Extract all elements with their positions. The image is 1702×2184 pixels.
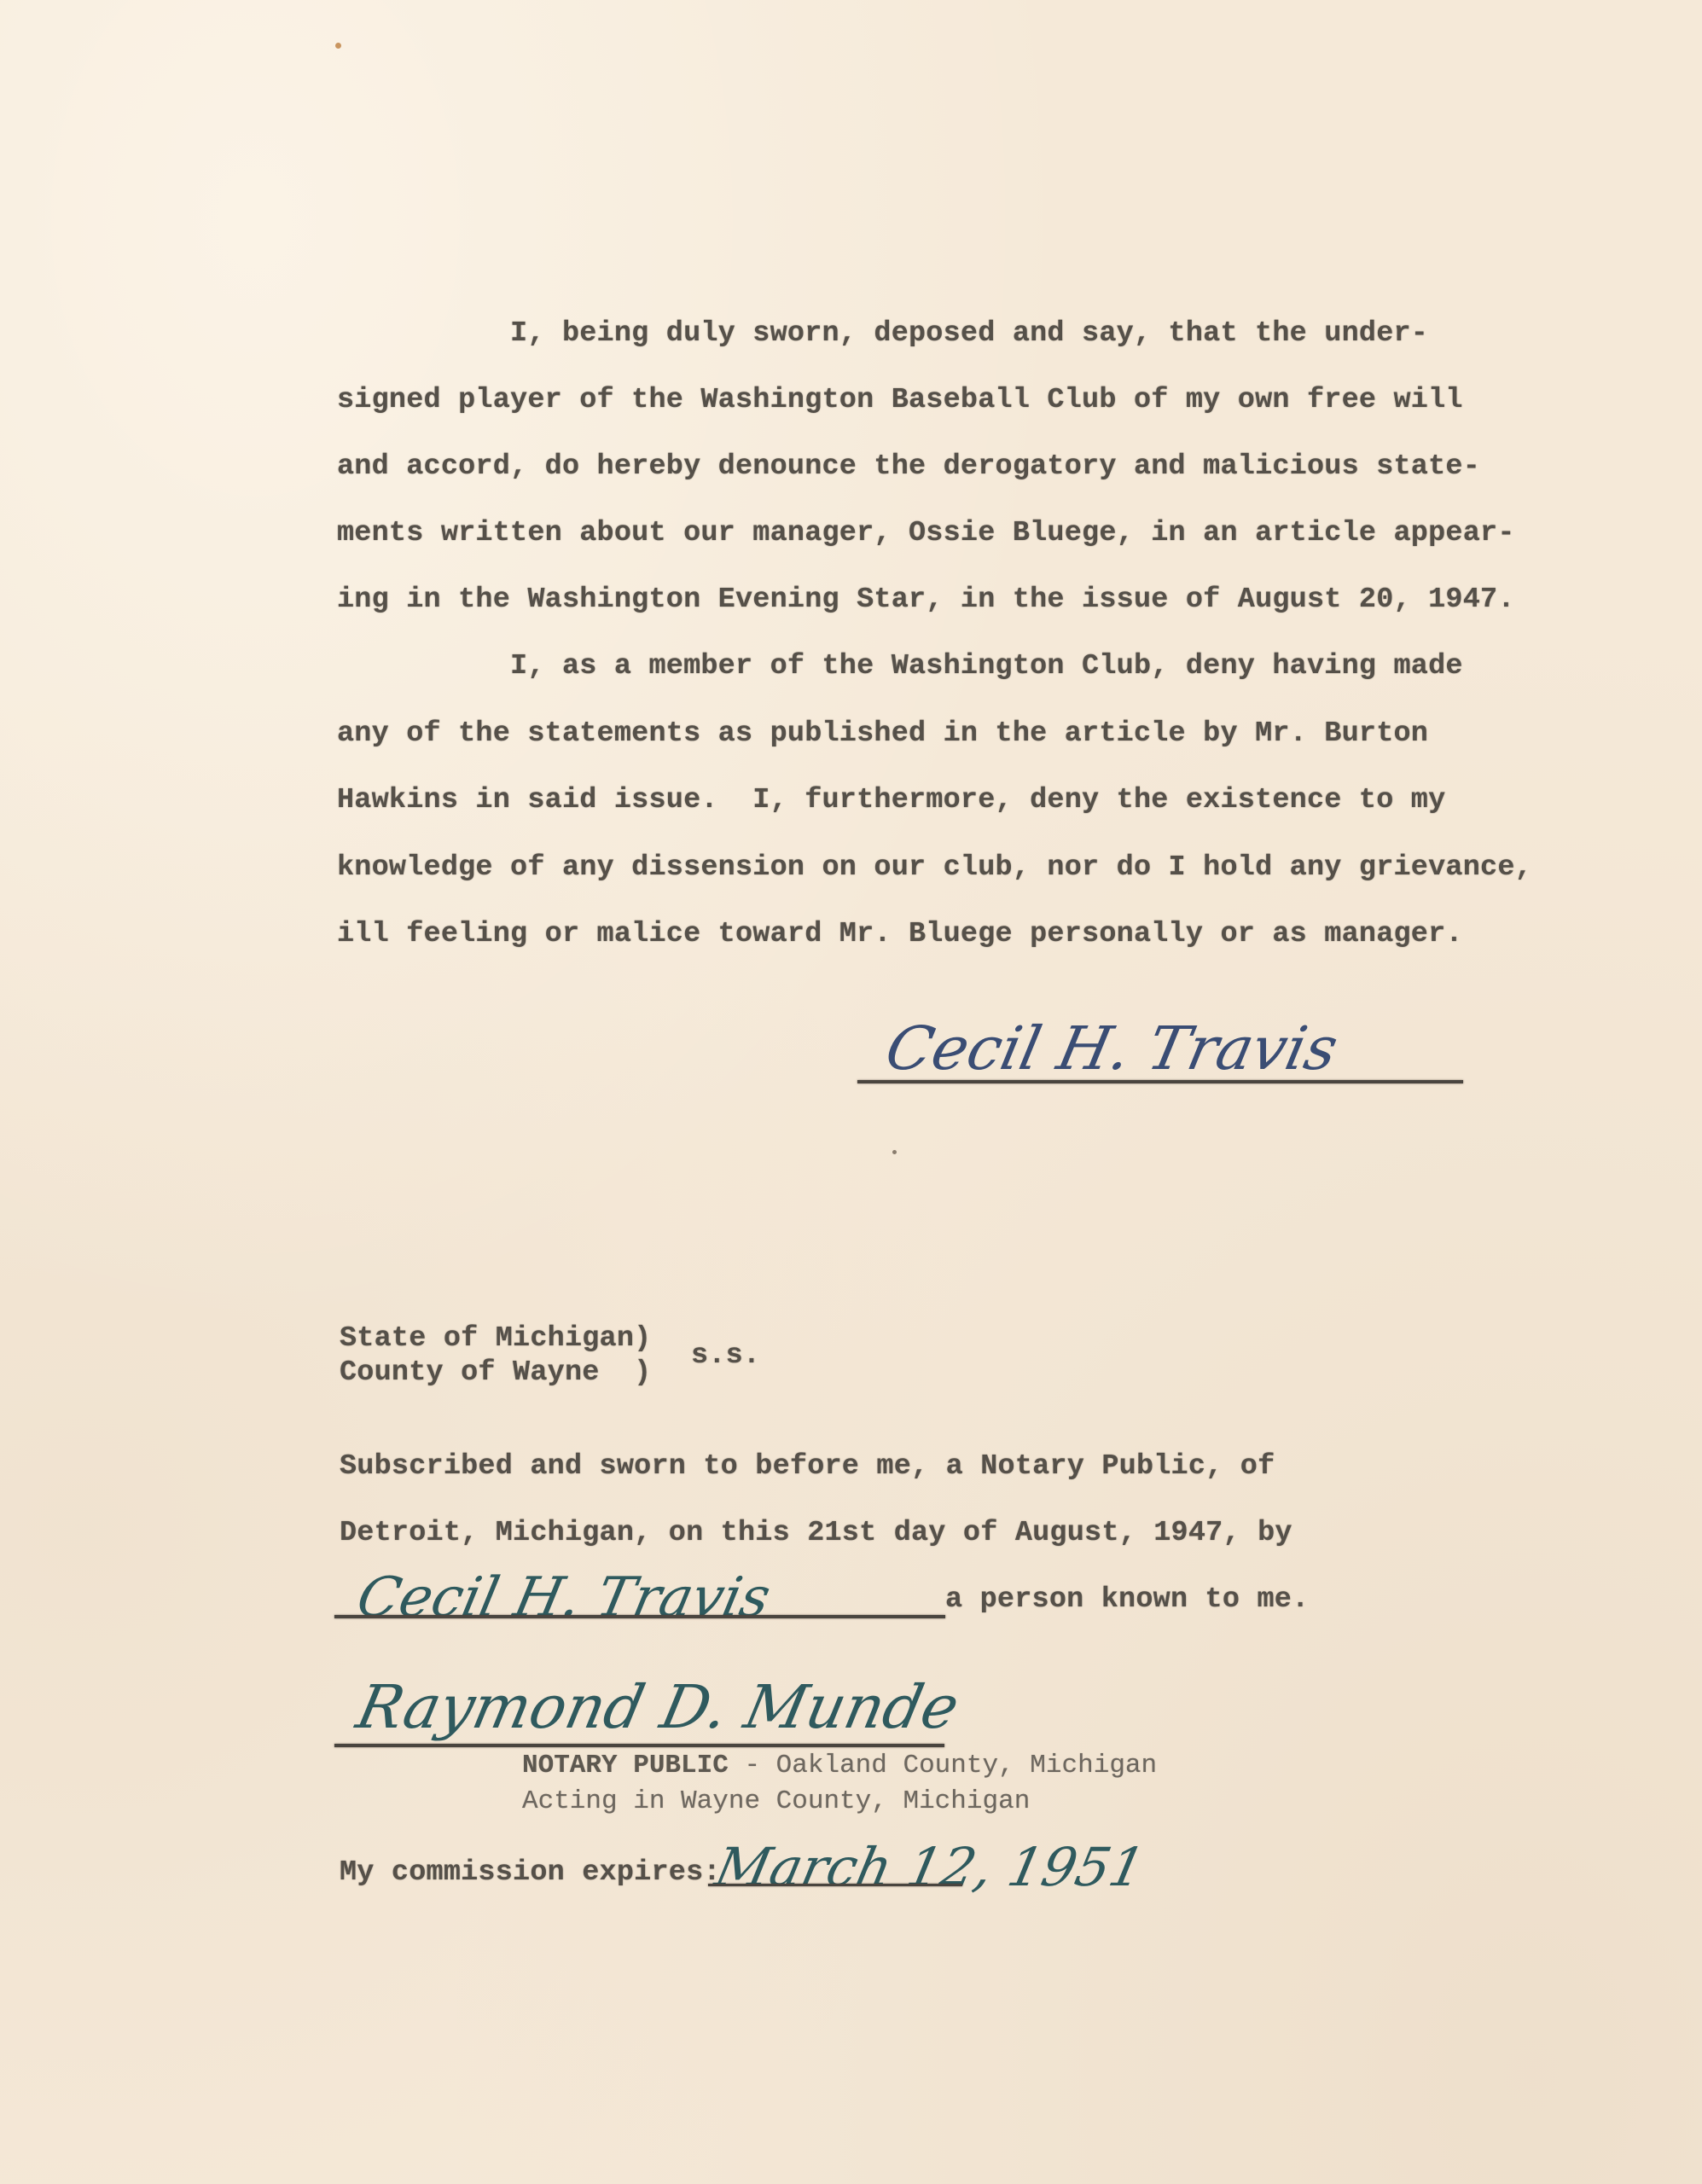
venue-state: State of Michigan) xyxy=(340,1322,651,1355)
notary-signature-line xyxy=(334,1744,944,1747)
affidavit-paragraph2-line1: I, as a member of the Washington Club, d… xyxy=(337,650,1463,682)
notary-signature: Raymond D. Munde xyxy=(351,1672,965,1742)
affidavit-paragraph1-line3: and accord, do hereby denounce the derog… xyxy=(337,450,1480,483)
affidavit-paragraph1-line4: ments written about our manager, Ossie B… xyxy=(337,517,1515,549)
affiant-signature-line xyxy=(334,1615,945,1618)
affidavit-paragraph1-line1: I, being duly sworn, deposed and say, th… xyxy=(337,317,1428,350)
player-signature: Cecil H. Travis xyxy=(880,1014,1344,1083)
paper-speck xyxy=(892,1150,897,1154)
venue-county: County of Wayne ) xyxy=(340,1356,651,1389)
commission-label: My commission expires: xyxy=(340,1856,721,1889)
sworn-line2: Detroit, Michigan, on this 21st day of A… xyxy=(340,1517,1292,1549)
paper-stain xyxy=(335,43,341,49)
sworn-line1: Subscribed and sworn to before me, a Not… xyxy=(340,1450,1275,1483)
affidavit-paragraph1-line2: signed player of the Washington Baseball… xyxy=(337,384,1463,416)
affidavit-paragraph2-line2: any of the statements as published in th… xyxy=(337,717,1428,750)
notary-county: - Oakland County, Michigan xyxy=(729,1751,1157,1780)
commission-date-line xyxy=(708,1884,962,1886)
venue-abbrev: s.s. xyxy=(691,1339,760,1372)
notary-stamp-line2: Acting in Wayne County, Michigan xyxy=(522,1786,1030,1816)
affiant-suffix: a person known to me. xyxy=(945,1583,1309,1616)
commission-date: March 12, 1951 xyxy=(710,1836,1150,1898)
notary-stamp-line1: NOTARY PUBLIC - Oakland County, Michigan xyxy=(522,1751,1157,1780)
affidavit-paragraph2-line5: ill feeling or malice toward Mr. Bluege … xyxy=(337,918,1463,950)
player-signature-line xyxy=(857,1080,1463,1083)
affidavit-paragraph2-line3: Hawkins in said issue. I, furthermore, d… xyxy=(337,784,1445,816)
affidavit-paragraph1-line5: ing in the Washington Evening Star, in t… xyxy=(337,584,1515,616)
affiant-signature: Cecil H. Travis xyxy=(351,1566,775,1629)
notary-title: NOTARY PUBLIC xyxy=(522,1751,729,1780)
affidavit-paragraph2-line4: knowledge of any dissension on our club,… xyxy=(337,851,1532,884)
